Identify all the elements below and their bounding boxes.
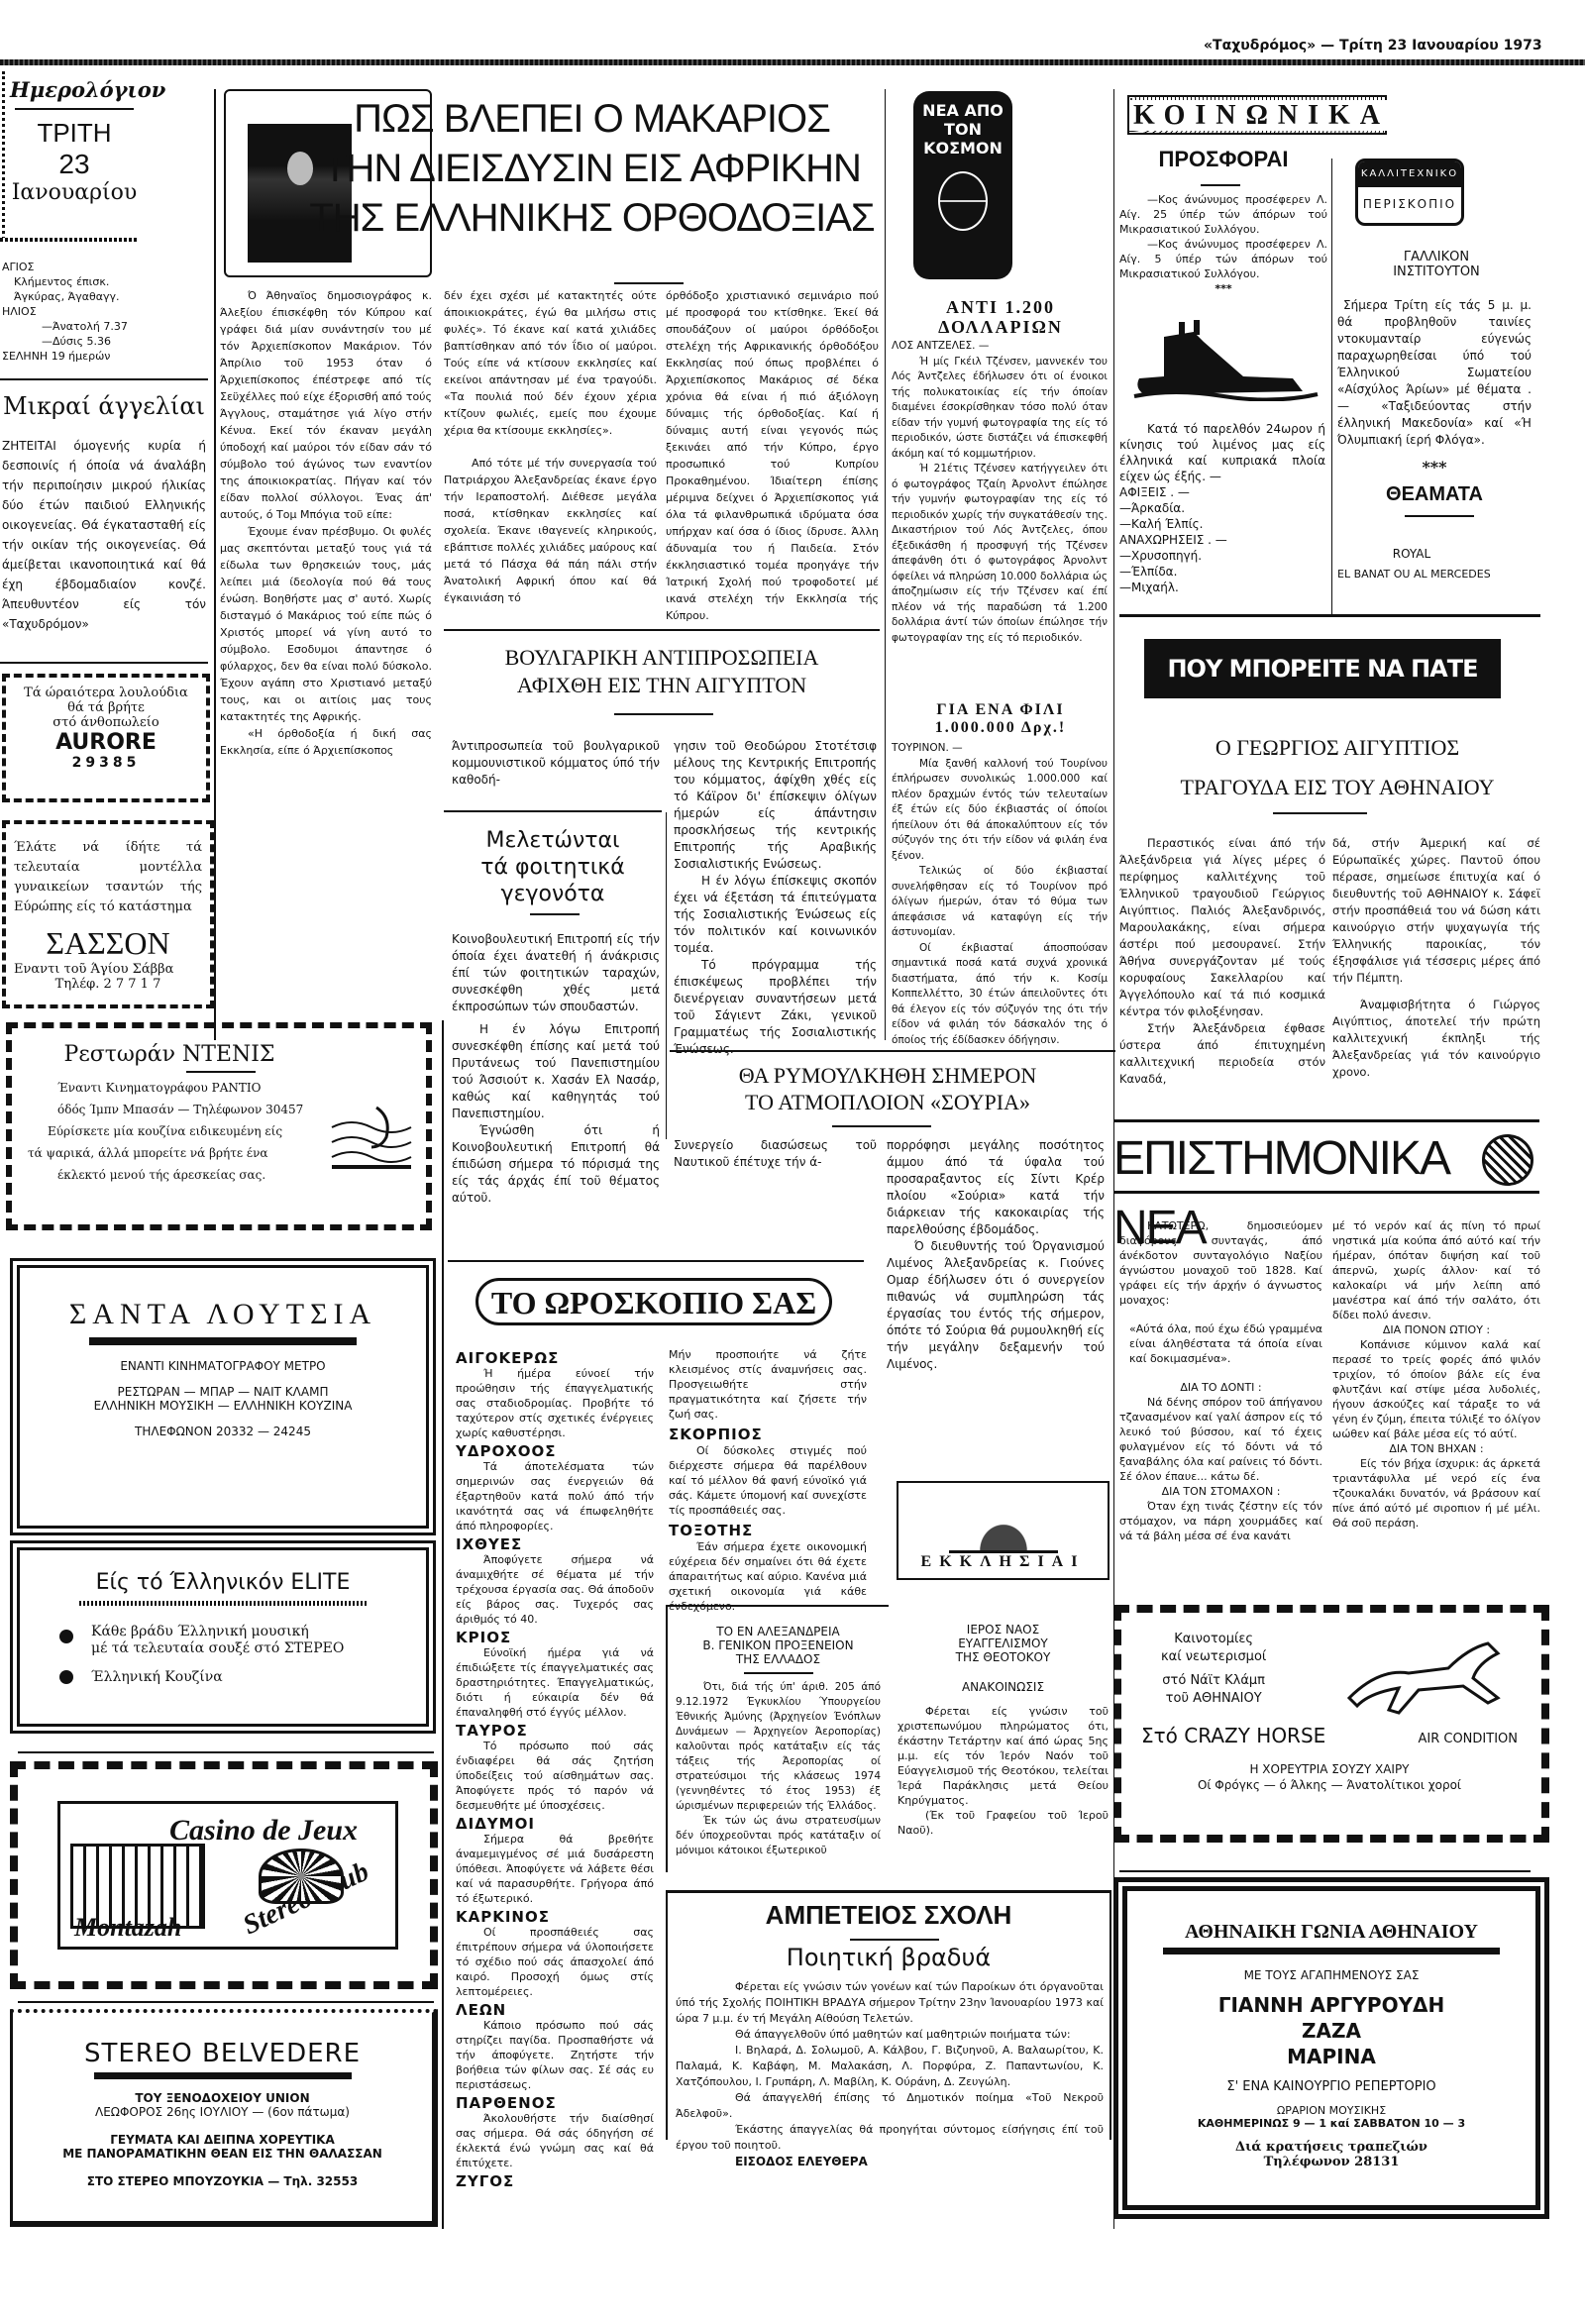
body-para: Ό διευθυντής τού Όργανισμού Λιμένος Άλεξ… [887,1238,1105,1373]
body-para: όρθόδοξο χριστιανικό σεμινάριο πού μέ πρ… [666,287,879,624]
body-para: Μία ξανθή καλλονή τού Τουρίνου έπλήρωσεν… [892,757,1108,865]
consulate-title-line: ΤΗΣ ΕΛΛΑΔΟΣ [676,1652,881,1666]
calendar-day: 23 [10,149,139,180]
belvedere-ad[interactable]: STEREO BELVEDERE ΤΟΥ ΞΕΝΟΔΟΧΕΙΟΥ UNION Λ… [10,2009,438,2227]
body-para: Τελικώς οί δύο έκβιασταί συνελήφθησαν εί… [892,864,1108,941]
students-body: Κοινοβουλευτική Επιτροπή είς τήν όποία έ… [452,931,660,1207]
calendar-rule [15,108,134,110]
santa-lucia-line: ΡΕΣΤΩΡΑΝ — ΜΠΑΡ — ΝΑΙΤ ΚΛΑΜΠ [44,1385,402,1399]
body-para: Ή μίς Γκέιλ Τζένσεν, μαννεκέν του Λός Άν… [892,355,1108,463]
crazy-horse-line: καί νεωτερισμοί [1161,1648,1266,1666]
church-title-line: ΕΥΑΓΓΕΛΙΣΜΟΥ [898,1637,1109,1650]
athenaiou-line: Σ' ΕΝΑ ΚΑΙΝΟΥΡΓΙΟ ΡΕΠΕΡΤΟΡΙΟ [1147,2079,1516,2094]
body-para: γησιν τοῦ Θεοδώρου Στοτέτσιφ μέλους της … [674,738,877,873]
horoscope-title: ΤΟ ΩΡΟΣΚΟΠΙΟ ΣΑΣ [475,1278,832,1325]
hours-title: ΩΡΑΡΙΟΝ ΜΟΥΣΙΚΗΣ [1147,2104,1516,2117]
body-para: ΚΑΤΩΤΕΡΩ, δημοσιεύομεν διαφόρους συνταγά… [1119,1218,1322,1308]
artist-name: ΓΙΑΝΝΗ ΑΡΓΥΡΟΥΔΗ [1147,1992,1516,2018]
body-para: Περαστικός είναι άπό τήν Άλεξάνδρεια γιά… [1119,835,1325,1020]
caption-para: «Η όρθοδοξία ή δική σας Εκκλησία, είπε ό… [220,725,432,759]
section-rule [670,1050,1115,1052]
calendar-bottom-rule [0,238,139,242]
santa-lucia-line: ΕΝΑΝΤΙ ΚΙΝΗΜΑΤΟΓΡΑΦΟΥ ΜΕΤΡΟ [44,1359,402,1373]
church-banner: ΕΚΚΛΗΣΙΑΙ [897,1481,1109,1580]
sunrise: —Άνατολή 7.37 [2,319,141,334]
globe-icon [1482,1134,1533,1186]
elite-bullet-1: Κάθε βράδυ Έλληνική μουσικήμέ τά τελευτα… [59,1624,386,1657]
syria-headline: ΘΑ ΡΥΜΟΥΛΚΗΘΗ ΣΗΜΕΡΟΝ ΤΟ ΑΤΜΟΠΛΟΙΟΝ «ΣΟΥ… [670,1062,1106,1115]
hours: ΚΑΘΗΜΕΡΙΝΩΣ 9 — 1 καί ΣΑΒΒΑΤΟΝ 10 — 3 [1147,2117,1516,2130]
school-title: ΑΜΠΕΤΕΙΟΣ ΣΧΟΛΗ [666,1900,1111,1931]
tenis-rule [186,1071,256,1073]
departure-item: —Μιχαήλ. [1119,580,1325,595]
body-para: Κοινοβουλευτική Επιτροπή είς τήν όποία έ… [452,931,660,1015]
headline-line: ΓΙΑ ΕΝΑ ΦΙΛΙ [892,701,1109,719]
bulgarian-headline: ΒΟΥΛΓΑΡΙΚΗ ΑΝΤΙΠΡΟΣΩΠΕΙΑ ΑΦΙΧΘΗ ΕΙΣ ΤΗΝ … [444,644,880,699]
sign-block: ΙΧΘΥΕΣΆποφύγετε σήμερα νά άναμιχθήτε σέ … [456,1537,654,1627]
belvedere-line: ΛΕΩΦΟΡΟΣ 26ης ΙΟΥΛΙΟΥ — (6ον πάτωμα) [13,2105,432,2119]
belvedere-line: ΜΕ ΠΑΝΟΡΑΜΑΤΙΚΗΝ ΘΕΑΝ ΕΙΣ ΤΗΝ ΘΑΛΑΣΣΑΝ [13,2147,432,2161]
dateline: ΤΟΥΡΙΝΟΝ. — [892,741,1108,757]
horoscope-col1: ΑΙΓΟΚΕΡΩΣΉ ήμέρα εύνοεί τήν προώθησιν τή… [456,1347,654,2189]
headline-line: Μελετώνται [444,827,662,854]
horoscope-col2: Μήν προσποιήτε νά ζήτε κλεισμένος στίς ά… [669,1347,867,1614]
remedy-title: ΔΙΑ ΤΟΝ ΣΤΟΜΑΧΟΝ : [1119,1484,1322,1499]
headline-line: ΤΟ ΑΤΜΟΠΛΟΙΟΝ «ΣΟΥΡΙΑ» [670,1089,1106,1115]
announce-text: Φέρεται είς γνώσιν τοῦ χριστεπωνύμου πλη… [898,1704,1109,1808]
institute-text: Σήμερα Τρίτη είς τάς 5 μ. μ. θά προβληθο… [1337,297,1532,449]
stars-separator: *** [1119,281,1327,296]
remedy-title: ΔΙΑ ΠΟΝΟΝ ΩΤΙΟΥ : [1332,1322,1540,1337]
column-divider [442,1020,444,2229]
banner-line: ΝΕΑ ΑΠΟ [913,101,1012,120]
science-col2: μέ τό νερόν καί άς πίνη τό πρωί νηστικά … [1332,1218,1540,1531]
casino-ad[interactable]: Casino de Jeux Montazah Stereo Club [10,1761,438,1989]
institute-title-line: ΓΑΛΛΙΚΟΝ [1337,250,1535,264]
consulate-text: Ότι, διά τής ύπ' άριθ. 205 άπό 9.12.1972… [676,1680,881,1814]
belvedere-line: ΣΤΟ ΣΤΕΡΕΟ ΜΠΟΥΖΟΥΚΙΑ — Τηλ. 32553 [13,2174,432,2188]
headline-rule [744,1672,813,1674]
santa-lucia-phone: ΤΗΛΕΦΩΝΟΝ 20332 — 24245 [44,1425,402,1438]
column-divider [666,812,667,1139]
where-to-go-text: ΠΟΥ ΜΠΟΡΕΙΤΕ ΝΑ ΠΑΤΕ [1167,655,1477,683]
church-title-line: ΤΗΣ ΘΕΟΤΟΚΟΥ [898,1650,1109,1664]
arrival-item: —Καλή Έλπίς. [1119,516,1325,532]
moon: ΣΕΛΗΝΗ 19 ήμερών [2,349,141,364]
science-quote: «Αύτά όλα, πού έχω έδώ γραμμένα είναι άλ… [1129,1321,1322,1366]
sign-name: ΛΕΩΝ [456,2003,654,2018]
air-condition: AIR CONDITION [1418,1732,1518,1746]
sign-name: ΔΙΔΥΜΟΙ [456,1817,654,1832]
headline-rule [530,913,580,915]
sign-block: ΚΑΡΚΙΝΟΣΟί προσπάθειές σας έπιτρέπουν σή… [456,1910,654,1999]
calendar-title: Ημερολόγιον [10,77,139,102]
santa-lucia-line: ΕΛΛΗΝΙΚΗ ΜΟΥΣΙΚΗ — ΕΛΛΗΝΙΚΗ ΚΟΥΖΙΝΑ [44,1399,402,1413]
sunset: —Δύσις 5.36 [2,334,141,349]
sign-text: Τά άποτελέσματα τών σημερινών σας ένεργε… [456,1459,654,1533]
casino-inner: Casino de Jeux Montazah Stereo Club [57,1801,398,1950]
headline-rule [832,1125,931,1127]
offer-item: —Κος άνώνυμος προσέφερεν Λ. Αίγ. 5 ύπέρ … [1119,237,1327,281]
cinema-name: ROYAL [1337,547,1486,561]
consulate-title-line: Β. ΓΕΝΙΚΟΝ ΠΡΟΞΕΝΕΙΟΝ [676,1638,881,1652]
sign-name: ΥΔΡΟΧΟΟΣ [456,1444,654,1459]
sign-block: ΚΡΙΟΣΕύνοϊκή ήμέρα γιά νά έπιδιώξετε τίς… [456,1631,654,1720]
kiss-body: ΤΟΥΡΙΝΟΝ. — Μία ξανθή καλλονή τού Τουρίν… [892,741,1108,1048]
headline-line: 1.000.000 Δρχ.! [892,719,1109,737]
sign-text: Σήμερα θά βρεθήτε άναμεμιγμένος σέ μιά δ… [456,1832,654,1906]
crazy-horse-ad[interactable]: Καινοτομίες καί νεωτερισμοί στό Νάϊτ Κλά… [1113,1605,1549,1843]
section-rule [0,378,208,380]
sasson-address: Εναντι τοῦ Άγίου Σάββα [14,962,202,977]
elite-title: Είς τό Έλληνικόν ELITE [59,1570,386,1595]
school-para: Θά άπαγγελθή έπίσης τό Δημοτικόν ποίημα … [676,2090,1104,2122]
sasson-name: ΣΑΣΣΟΝ [14,925,202,962]
headline-line: ΒΟΥΛΓΑΡΙΚΗ ΑΝΤΙΠΡΟΣΩΠΕΙΑ [444,644,880,672]
syria-col2: πορρόφησι μεγάλης ποσότητος άμμου άπό τά… [887,1137,1105,1373]
church-banner-text: ΕΚΚΛΗΣΙΑΙ [898,1553,1108,1571]
body-para: Ή 21έτις Τζένσεν κατήγγειλεν ότι ό φωτογ… [892,462,1108,646]
theater-title: ΘΕΑΜΑΤΑ [1337,483,1532,506]
sasson-text: Έλάτε νά ίδήτε τά τελευταία μοντέλλα γυν… [14,838,202,917]
headline-rule [614,282,684,284]
globe-icon [938,171,988,231]
offers-title: ΠΡΟΣΦΟΡΑΙ [1119,147,1327,172]
crazy-horse-bottom: Η ΧΟΡΕΥΤΡΙΑ ΣΟΥΖΥ ΧΑΙΡΥ Οί Φρόγκς — ό Άλ… [1141,1761,1518,1793]
tenis-ad[interactable]: Ρεστωράν ΝΤΕΝΙΣ Έναντι Κινηματογράφου ΡΑ… [6,1022,432,1230]
section-rule [0,662,208,664]
port-traffic: Κατά τό παρελθόν 24ωρον ή κίνησις τού λι… [1119,421,1325,595]
remedy-text: Νά δένης σπόρον τοῦ άπήγανου τζανασμένον… [1119,1395,1322,1484]
belvedere-line: ΤΟΥ ΞΕΝΟΔΟΧΕΙΟΥ UNION [13,2091,432,2105]
sign-text: Εύνοϊκή ήμέρα γιά νά έπιδιώξετε τίς έπαγ… [456,1645,654,1720]
sign-block: ΛΕΩΝΚάποιο πρόσωπο πού σάς στηρίζει παγί… [456,2003,654,2092]
science-col1: ΚΑΤΩΤΕΡΩ, δημοσιεύομεν διαφόρους συνταγά… [1119,1218,1322,1543]
dancer-line: Η ΧΟΡΕΥΤΡΙΑ ΣΟΥΖΥ ΧΑΙΡΥ [1141,1761,1518,1777]
headline-rule [850,1939,939,1941]
consulate-box: ΤΟ ΕΝ ΑΛΕΞΑΝΔΡΕΙΑ Β. ΓΕΝΙΚΟΝ ΠΡΟΞΕΝΕΙΟΝ … [666,1605,889,1872]
athenaiou-bar [1163,1948,1500,1954]
running-head: «Ταχυδρόμος» — Τρίτη 23 Ιανουαρίου 1973 [1204,38,1560,53]
tenis-name: Ρεστωράν ΝΤΕΝΙΣ [28,1042,410,1067]
headline-line: ΠΩΣ ΒΛΕΠΕΙ Ο ΜΑΚΑΡΙΟΣ [297,94,887,144]
section-rule [1119,1870,1531,1872]
sign-text: Οί προσπάθειές σας έπιτρέπουν σήμερα νά … [456,1925,654,1999]
headline-line: Ο ΓΕΩΡΓΙΟΣ ΑΙΓΥΠΤΙΟΣ [1119,728,1555,768]
banner-line: ΤΟΝ [913,120,1012,139]
sign-aries-block: ΑΙΓΟΚΕΡΩΣΉ ήμέρα εύνοεί τήν προώθησιν τή… [456,1351,654,1440]
belvedere-bar [94,2072,352,2079]
aigyptios-headline: Ο ΓΕΩΡΓΙΟΣ ΑΙΓΥΠΤΙΟΣ ΤΡΑΓΟΥΔΑ ΕΙΣ ΤΟΥ ΑΘ… [1119,728,1555,807]
crazy-horse-text: Καινοτομίες καί νεωτερισμοί στό Νάϊτ Κλά… [1161,1631,1266,1708]
caption-para: Έχουμε έναν πρέσβυμο. Οι φυλές μας σκεπτ… [220,523,432,725]
sign-block: ΥΔΡΟΧΟΟΣΤά άποτελέσματα τών σημερινών σα… [456,1444,654,1533]
reserve-line: Διά κρατήσεις τραπεζιών [1147,2140,1516,2155]
sign-name: ΚΡΙΟΣ [456,1631,654,1645]
column-divider [1331,158,1332,614]
elite-line: Έλληνική Κουζίνα [91,1669,223,1685]
headline-line: ΔΟΛΛΑΡΙΩΝ [892,317,1109,337]
church-icon [949,1491,1058,1553]
social-banner: ΚΟΙΝΩΝΙΚΑ [1127,95,1387,135]
artist-name: ΜΑΡΙΝΑ [1147,2044,1516,2069]
headline-line: γεγονότα [444,881,662,907]
artist-name: ΖΑΖΑ [1147,2018,1516,2044]
body-para: Στήν Άλεξάνδρεια έφθασε ύστερα άπό έπιτυ… [1119,1020,1325,1088]
headline-line: ΘΑ ΡΥΜΟΥΛΚΗΘΗ ΣΗΜΕΡΟΝ [670,1062,1106,1089]
aigyptios-col1: Περαστικός είναι άπό τήν Άλεξάνδρεια γιά… [1119,835,1325,1088]
aurore-name: AURORE [6,730,206,755]
institute-title: ΓΑΛΛΙΚΟΝ ΙΝΣΤΙΤΟΥΤΟΝ [1337,250,1535,279]
section-rule [444,629,880,631]
body-para: μέ τό νερόν καί άς πίνη τό πρωί νηστικά … [1332,1218,1540,1322]
students-headline: Μελετώνται τά φοιτητικά γεγονότα [444,827,662,907]
headline-rule [1405,515,1474,517]
caption-para: Ό Άθηναϊος δημοσιογράφος κ. Άλεξίου έπισ… [220,287,432,523]
body-para: Έγνώσθη ότι ή Κοινοβουλευτική Επιτροπή θ… [452,1122,660,1207]
makarios-body-col2: όρθόδοξο χριστιανικό σεμινάριο πού μέ πρ… [666,287,879,624]
casino-title: Casino de Jeux [169,1814,358,1848]
world-news-banner: ΝΕΑ ΑΠΟ ΤΟΝ ΚΟΣΜΟΝ [913,91,1012,279]
elite-line: Κάθε βράδυ Έλληνική μουσική [91,1624,344,1640]
institute-title-line: ΙΝΣΤΙΤΟΥΤΟΝ [1337,264,1535,279]
crazy-horse-name: Στό CRAZY HORSE [1141,1724,1325,1747]
sign-text: Κάποιο πρόσωπο πού σάς στηρίζει παγίδα. … [456,2018,654,2092]
section-rule [18,1751,434,1753]
headline-rule [1273,812,1367,814]
workshop-top: ΚΑΛΛΙΤΕΧΝΙΚΟ [1358,161,1461,187]
sign-name: ΣΚΟΡΠΙΟΣ [669,1426,867,1443]
banner-line: ΚΟΣΜΟΝ [913,139,1012,158]
tenis-line: Έναντι Κινηματογράφου ΡΑΝΤΙΟ [28,1077,410,1099]
horoscope-title-text: ΤΟ ΩΡΟΣΚΟΠΙΟ ΣΑΣ [491,1285,816,1320]
school-subtitle: Ποιητική βραδυά [666,1944,1111,1971]
sign-block: ΤΑΥΡΟΣΤό πρόσωπο πού σάς ένδιαφέρει θά σ… [456,1724,654,1813]
bullet-icon [59,1670,73,1684]
sign-text: Τό πρόσωπο πού σάς ένδιαφέρει θά σάς ζητ… [456,1739,654,1813]
column-divider [214,89,216,1040]
remedy-text: Όταν έχη τινάς ζέστην είς τόν στόμαχον, … [1119,1499,1322,1543]
sun-label: ΗΛΙΟΣ [2,304,141,319]
crazy-horse-row: Στό CRAZY HORSE AIR CONDITION [1141,1724,1518,1747]
sign-name: ΤΑΥΡΟΣ [456,1724,654,1739]
remedy-title: ΔΙΑ ΤΟ ΔΟΝΤΙ : [1119,1380,1322,1395]
crazy-horse-line: τοῦ ΑΘΗΝΑΙΟΥ [1161,1690,1266,1708]
sign-name: ΚΑΡΚΙΝΟΣ [456,1910,654,1925]
elite-ad[interactable]: Είς τό Έλληνικόν ELITE Κάθε βράδυ Έλληνι… [10,1540,436,1734]
fan-icon [259,1849,344,1904]
sign-name: ΤΟΞΟΤΗΣ [669,1522,867,1539]
sign-name: ΙΧΘΥΕΣ [456,1537,654,1552]
column-divider [885,89,886,1040]
casino-place: Montazah [74,1913,181,1943]
sign-text: Άποφύγετε σήμερα νά άναμιχθήτε σέ θέματα… [456,1552,654,1627]
body-para: δά, στήν Άμερική καί σέ Εύρωπαϊκές χώρες… [1332,835,1540,987]
sign-name: ΖΥΓΟΣ [456,2174,654,2189]
sign-block: ΖΥΓΟΣ [456,2174,654,2189]
sign-block: ΔΙΔΥΜΟΙΣήμερα θά βρεθήτε άναμεμιγμένος σ… [456,1817,654,1906]
sign-text: Άκολουθήστε τήν διαίσθησί σας σήμερα. Θά… [456,2111,654,2170]
body-para: Τό πρόγραμμα τής έπισκέψεως προβλέπει τή… [674,957,877,1058]
top-rule [0,59,1585,65]
church-notice: ΙΕΡΟΣ ΝΑΟΣ ΕΥΑΓΓΕΛΙΣΜΟΥ ΤΗΣ ΘΕΟΤΟΚΟΥ ΑΝΑ… [892,1605,1114,1838]
port-text: Κατά τό παρελθόν 24ωρον ή κίνησις τού λι… [1119,421,1325,484]
school-para: Ι. Βηλαρά, Δ. Σολωμοῦ, Α. Κάλβου, Γ. Βιζ… [676,2043,1104,2090]
arrival-item: —Άρκαδία. [1119,500,1325,516]
aurore-line: θά τά βρήτε [6,700,206,715]
aurore-line: Τά ώραιότερα λουλούδια [6,686,206,700]
makarios-headline: ΠΩΣ ΒΛΕΠΕΙ Ο ΜΑΚΑΡΙΟΣ ΤΗΝ ΔΙΕΙΣΔΥΣΙΝ ΕΙΣ… [297,94,887,243]
athenaiou-line: ΜΕ ΤΟΥΣ ΑΓΑΠΗΜΕΝΟΥΣ ΣΑΣ [1147,1968,1516,1982]
remedy-title: ΔΙΑ ΤΟΝ ΒΗΧΑΝ : [1332,1441,1540,1456]
headline-line: ΑΦΙΧΘΗ ΕΙΣ ΤΗΝ ΑΙΓΥΠΤΟΝ [444,672,880,699]
calendar-weekday: ΤΡΙΤΗ [10,118,139,149]
consulate-text: Έκ τών ώς άνω στρατευσίμων δέν ύποχρεοῦν… [676,1814,881,1858]
crazy-horse-line: στό Νάϊτ Κλάμπ [1161,1672,1266,1690]
announce-sign: (Έκ τοῦ Γραφείου τοῦ Ίεροῦ Ναοῦ). [898,1808,1109,1838]
sign-name: ΠΑΡΘΕΝΟΣ [456,2096,654,2111]
section-rule [1119,614,1540,617]
belvedere-line: ΓΕΥΜΑΤΑ ΚΑΙ ΔΕΙΠΝΑ ΧΟΡΕΥΤΙΚΑ [13,2133,432,2147]
fish-icon [327,1098,416,1177]
school-para: Φέρεται είς γνώσιν τών γονέων καί τών Πα… [676,1979,1104,2027]
church-title-line: ΙΕΡΟΣ ΝΑΟΣ [898,1623,1109,1637]
saint-names: Κλήμεντος έπισκ. Άγκύρας, Άγαθαγγ. [2,274,141,304]
horse-icon [1339,1629,1508,1718]
workshop-bottom: ΠΕΡΙΣΚΟΠΙΟ [1358,187,1461,221]
kiss-headline: ΓΙΑ ΕΝΑ ΦΙΛΙ 1.000.000 Δρχ.! [892,701,1109,737]
body-para: Η έν λόγω Επιτροπή συνεσκέφθη έπίσης καί… [452,1021,660,1122]
dollars-headline: ΑΝΤΙ 1.200 ΔΟΛΛΑΡΙΩΝ [892,297,1109,337]
departure-item: —Έλπίδα. [1119,564,1325,580]
body-para: δέν έχει σχέσι μέ κατακτητές ούτε άποικι… [444,287,657,439]
saint-label: ΑΓΙΟΣ [2,260,141,274]
dollars-body: ΛΟΣ ΑΝΤΖΕΛΕΣ. — Ή μίς Γκέιλ Τζένσεν, μαν… [892,339,1108,646]
arrivals-label: ΑΦΙΞΕΙΣ . — [1119,484,1325,500]
headline-line: ΤΡΑΓΟΥΔΑ ΕΙΣ ΤΟΥ ΑΘΗΝΑΙΟΥ [1119,768,1555,807]
aigyptios-col2: δά, στήν Άμερική καί σέ Εύρωπαϊκές χώρες… [1332,835,1540,1081]
body-para: Άναμφισβήτητα ό Γιώργος Αιγύπτιος, άποτε… [1332,997,1540,1081]
school-para: Θά άπαγγελθοῦν ύπό μαθητών καί μαθητριών… [676,2027,1104,2043]
elite-bullet-2: Έλληνική Κουζίνα [59,1669,386,1685]
headline-line: ΤΗΝ ΔΙΕΙΣΔΥΣΙΝ ΕΙΣ ΑΦΡΙΚΗΝ [297,144,887,193]
headline-line: τά φοιτητικά [444,854,662,881]
classifieds-text: ΖΗΤΕΙΤΑΙ όμογενής κυρία ή δεσποινίς ή όπ… [2,436,206,634]
acts-line: Οί Φρόγκς — ό Άλκης — Άνατολίτικοι χοροί [1141,1777,1518,1793]
bullet-icon [59,1630,73,1643]
announce-title: ΑΝΑΚΟΙΝΩΣΙΣ [898,1680,1109,1694]
calendar-month: Ιανουαρίου [10,180,139,205]
where-to-go-banner: ΠΟΥ ΜΠΟΡΕΙΤΕ ΝΑ ΠΑΤΕ [1144,639,1501,698]
elite-rule [79,1601,367,1606]
headline-line: ΤΗΣ ΕΛΛΗΝΙΚΗΣ ΟΡΘΟΔΟΞΙΑΣ [297,193,887,243]
aurore-line: στό άνθοπωλείο [6,715,206,730]
headline-line: ΑΝΤΙ 1.200 [892,297,1109,317]
classifieds-title: Μικραί άγγελίαι [0,392,208,420]
sign-text: Έάν σήμερα έχετε οικονομική εύχέρεια δέν… [669,1539,867,1614]
athenaiou-title: ΑΘΗΝΑΙΚΗ ΓΩΝΙΑ ΑΘΗΝΑΙΟΥ [1147,1921,1516,1944]
santa-lucia-name: ΣΑΝΤΑ ΛΟΥΤΣΙΑ [44,1298,402,1331]
body-para: Η έν λόγω έπίσκεψις σκοπόν έχει νά έξετά… [674,873,877,957]
section-rule [18,2001,434,2003]
body-para: πορρόφησι μεγάλης ποσότητος άμμου άπό τά… [887,1137,1105,1238]
headline-rule [614,713,713,715]
departures-label: ΑΝΑΧΩΡΗΣΕΙΣ . — [1119,532,1325,548]
santa-lucia-ad[interactable]: ΣΑΝΤΑ ΛΟΥΤΣΙΑ ΕΝΑΝΤΙ ΚΙΝΗΜΑΤΟΓΡΑΦΟΥ ΜΕΤΡ… [10,1258,436,1535]
consulate-title-line: ΤΟ ΕΝ ΑΛΕΞΑΝΔΡΕΙΑ [676,1625,881,1638]
science-banner: ΕΠΙΣΤΗΜΟΝΙΚΑ ΝΕΑ [1113,1124,1539,1194]
crazy-horse-line: Καινοτομίες [1161,1631,1266,1648]
sign-text: Οί δύσκολες στιγμές πού διέρχεστε σήμερα… [669,1443,867,1518]
sasson-ad[interactable]: Έλάτε νά ίδήτε τά τελευταία μοντέλλα γυν… [2,820,214,1008]
school-body: Φέρεται είς γνώσιν τών γονέων καί τών Πα… [676,1979,1104,2169]
makarios-body-col1: δέν έχει σχέσι μέ κατακτητές ούτε άποικι… [444,287,657,606]
school-entry: ΕΙΣΟΔΟΣ ΕΛΕΥΘΕΡΑ [676,2154,1104,2169]
section-rule [444,810,662,812]
sign-name: ΑΙΓΟΚΕΡΩΣ [456,1351,654,1366]
sasson-phone: Τηλέφ. 2 7 7 1 7 [14,977,202,992]
elite-line: μέ τά τελευταία σουξέ στό ΣΤΕΡΕΟ [91,1640,344,1657]
belvedere-name: STEREO BELVEDERE [13,2039,432,2068]
sign-text: Μήν προσποιήτε νά ζήτε κλεισμένος στίς ά… [669,1347,867,1422]
calendar: Ημερολόγιον ΤΡΙΤΗ 23 Ιανουαρίου [10,77,139,205]
section-rule [448,1260,864,1262]
cinema-film: EL BANAT OU AL MERCEDES [1337,565,1532,583]
remedy-text: Κοπάνισε κύμινον καλά καί περασέ το τρεί… [1332,1337,1540,1441]
athenaiou-ad[interactable]: ΑΘΗΝΑΙΚΗ ΓΩΝΙΑ ΑΘΗΝΑΙΟΥ ΜΕ ΤΟΥΣ ΑΓΑΠΗΜΕΝ… [1113,1877,1549,2219]
sign-text: Ή ήμέρα εύνοεί τήν προώθησιν τής έπαγγελ… [456,1366,654,1440]
remedy-text: Είς τόν βήχα ίσχυρικ: άς άρκετά τριαντάφ… [1332,1456,1540,1531]
body-para: Οί έκβιασταί άποσπούσαν σημαντικά ποσά κ… [892,941,1108,1049]
aurore-ad[interactable]: Τά ώραιότερα λουλούδια θά τά βρήτε στό ά… [2,674,210,802]
departure-item: —Χρυσοπηγή. [1119,548,1325,564]
syria-col1: Συνεργείο διασώσεως τοῦ Ναυτικοῦ έπέτυχε… [674,1137,877,1171]
aurore-phone: 29385 [6,755,206,771]
makarios-caption: Ό Άθηναϊος δημοσιογράφος κ. Άλεξίου έπισ… [220,287,432,759]
offers: —Κος άνώνυμος προσέφερεν Λ. Αίγ. 25 ύπέρ… [1119,192,1327,296]
workshop-badge: ΚΑΛΛΙΤΕΧΝΙΚΟ ΠΕΡΙΣΚΟΠΙΟ [1355,158,1464,226]
headline-rule [1201,184,1240,186]
section-rule [1113,1119,1539,1122]
santa-lucia-bar [89,1337,357,1345]
bulgarian-col1: Άντιπροσωπεία τοῦ βουλγαρικοῦ κομμουνιστ… [452,738,660,789]
calendar-details: ΑΓΙΟΣ Κλήμεντος έπισκ. Άγκύρας, Άγαθαγγ.… [2,260,141,364]
offer-item: —Κος άνώνυμος προσέφερεν Λ. Αίγ. 25 ύπέρ… [1119,192,1327,237]
school-para: Έκάστης άπαγγελίας θά προηγήται σύντομος… [676,2122,1104,2154]
stars-separator: *** [1337,458,1532,476]
body-para: Από τότε μέ τήν συνεργασία τού Πατριάρχο… [444,455,657,606]
dateline: ΛΟΣ ΑΝΤΖΕΛΕΣ. — [892,339,1108,355]
sign-block: ΠΑΡΘΕΝΟΣΆκολουθήστε τήν διαίσθησί σας σή… [456,2096,654,2170]
social-banner-text: ΚΟΙΝΩΝΙΚΑ [1129,100,1394,131]
phone-line: Τηλέφωνον 28131 [1147,2155,1516,2169]
ship-icon [1124,317,1322,401]
bulgarian-col2: γησιν τοῦ Θεοδώρου Στοτέτσιφ μέλους της … [674,738,877,1058]
